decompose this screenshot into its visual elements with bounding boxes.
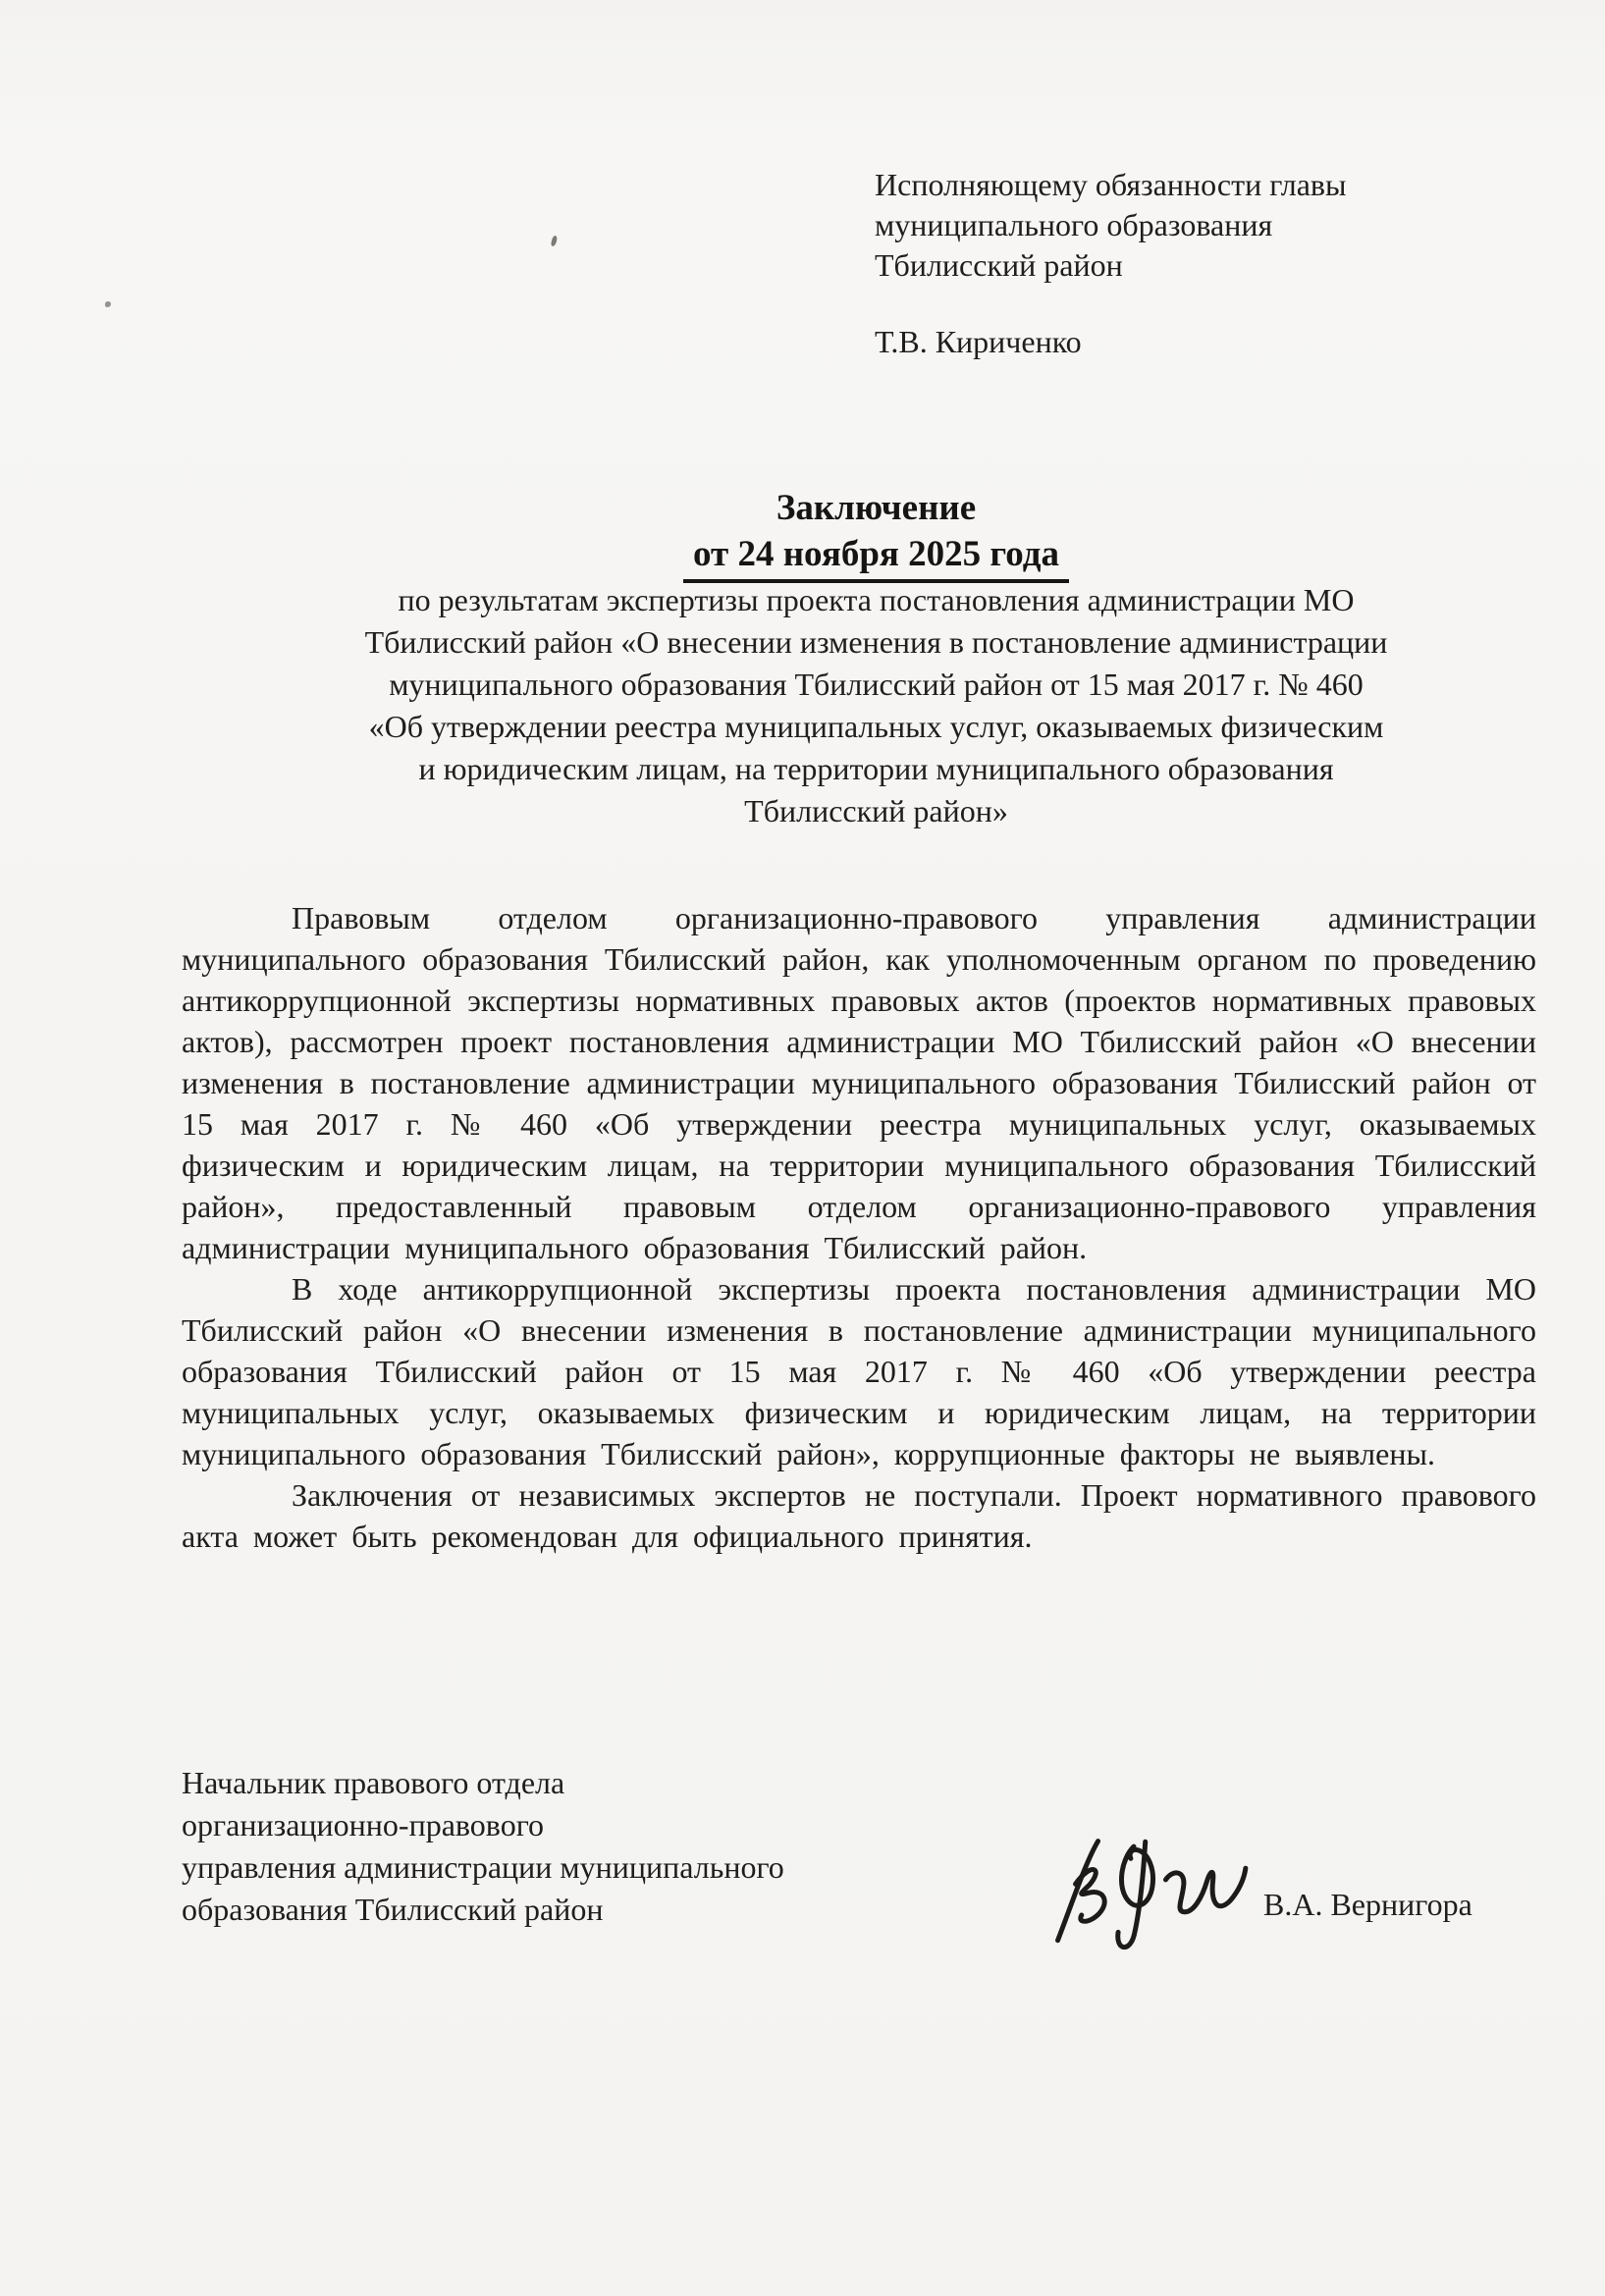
subject-line: Тбилисский район» xyxy=(201,790,1551,832)
addressee-block: Исполняющему обязанности главы муниципал… xyxy=(875,165,1385,286)
signer-position-line: управления администрации муниципального xyxy=(182,1846,784,1889)
document-subject: по результатам экспертизы проекта постан… xyxy=(201,579,1551,832)
addressee-line: Исполняющему обязанности главы xyxy=(875,165,1385,205)
subject-line: и юридическим лицам, на территории муниц… xyxy=(201,748,1551,790)
signer-name: В.А. Вернигора xyxy=(1263,1887,1472,1923)
document-page: Исполняющему обязанности главы муниципал… xyxy=(0,0,1605,2296)
body-paragraph: Правовым отделом организационно-правовог… xyxy=(182,897,1536,1268)
addressee-name: Т.В. Кириченко xyxy=(875,324,1082,360)
body-paragraph: Заключения от независимых экспертов не п… xyxy=(182,1474,1536,1557)
subject-line: по результатам экспертизы проекта постан… xyxy=(201,579,1551,621)
handwritten-signature-icon xyxy=(1039,1816,1263,1958)
subject-line: Тбилисский район «О внесении изменения в… xyxy=(201,621,1551,664)
document-date: от 24 ноября 2025 года xyxy=(683,531,1069,583)
signer-position-line: Начальник правового отдела xyxy=(182,1762,784,1804)
body-paragraph: В ходе антикоррупционной экспертизы прое… xyxy=(182,1268,1536,1474)
signer-position-line: образования Тбилисский район xyxy=(182,1889,784,1931)
subject-line: муниципального образования Тбилисский ра… xyxy=(201,664,1551,706)
document-body: Правовым отделом организационно-правовог… xyxy=(182,897,1536,1557)
addressee-line: Тбилисский район xyxy=(875,245,1385,286)
addressee-line: муниципального образования xyxy=(875,205,1385,245)
subject-line: «Об утверждении реестра муниципальных ус… xyxy=(201,706,1551,748)
signer-position-line: организационно-правового xyxy=(182,1804,784,1846)
document-title-block: Заключение от 24 ноября 2025 года xyxy=(201,485,1551,583)
scan-speck xyxy=(105,301,111,307)
document-title: Заключение xyxy=(201,485,1551,531)
scan-speck xyxy=(551,236,559,247)
signer-position-block: Начальник правового отдела организационн… xyxy=(182,1762,784,1931)
